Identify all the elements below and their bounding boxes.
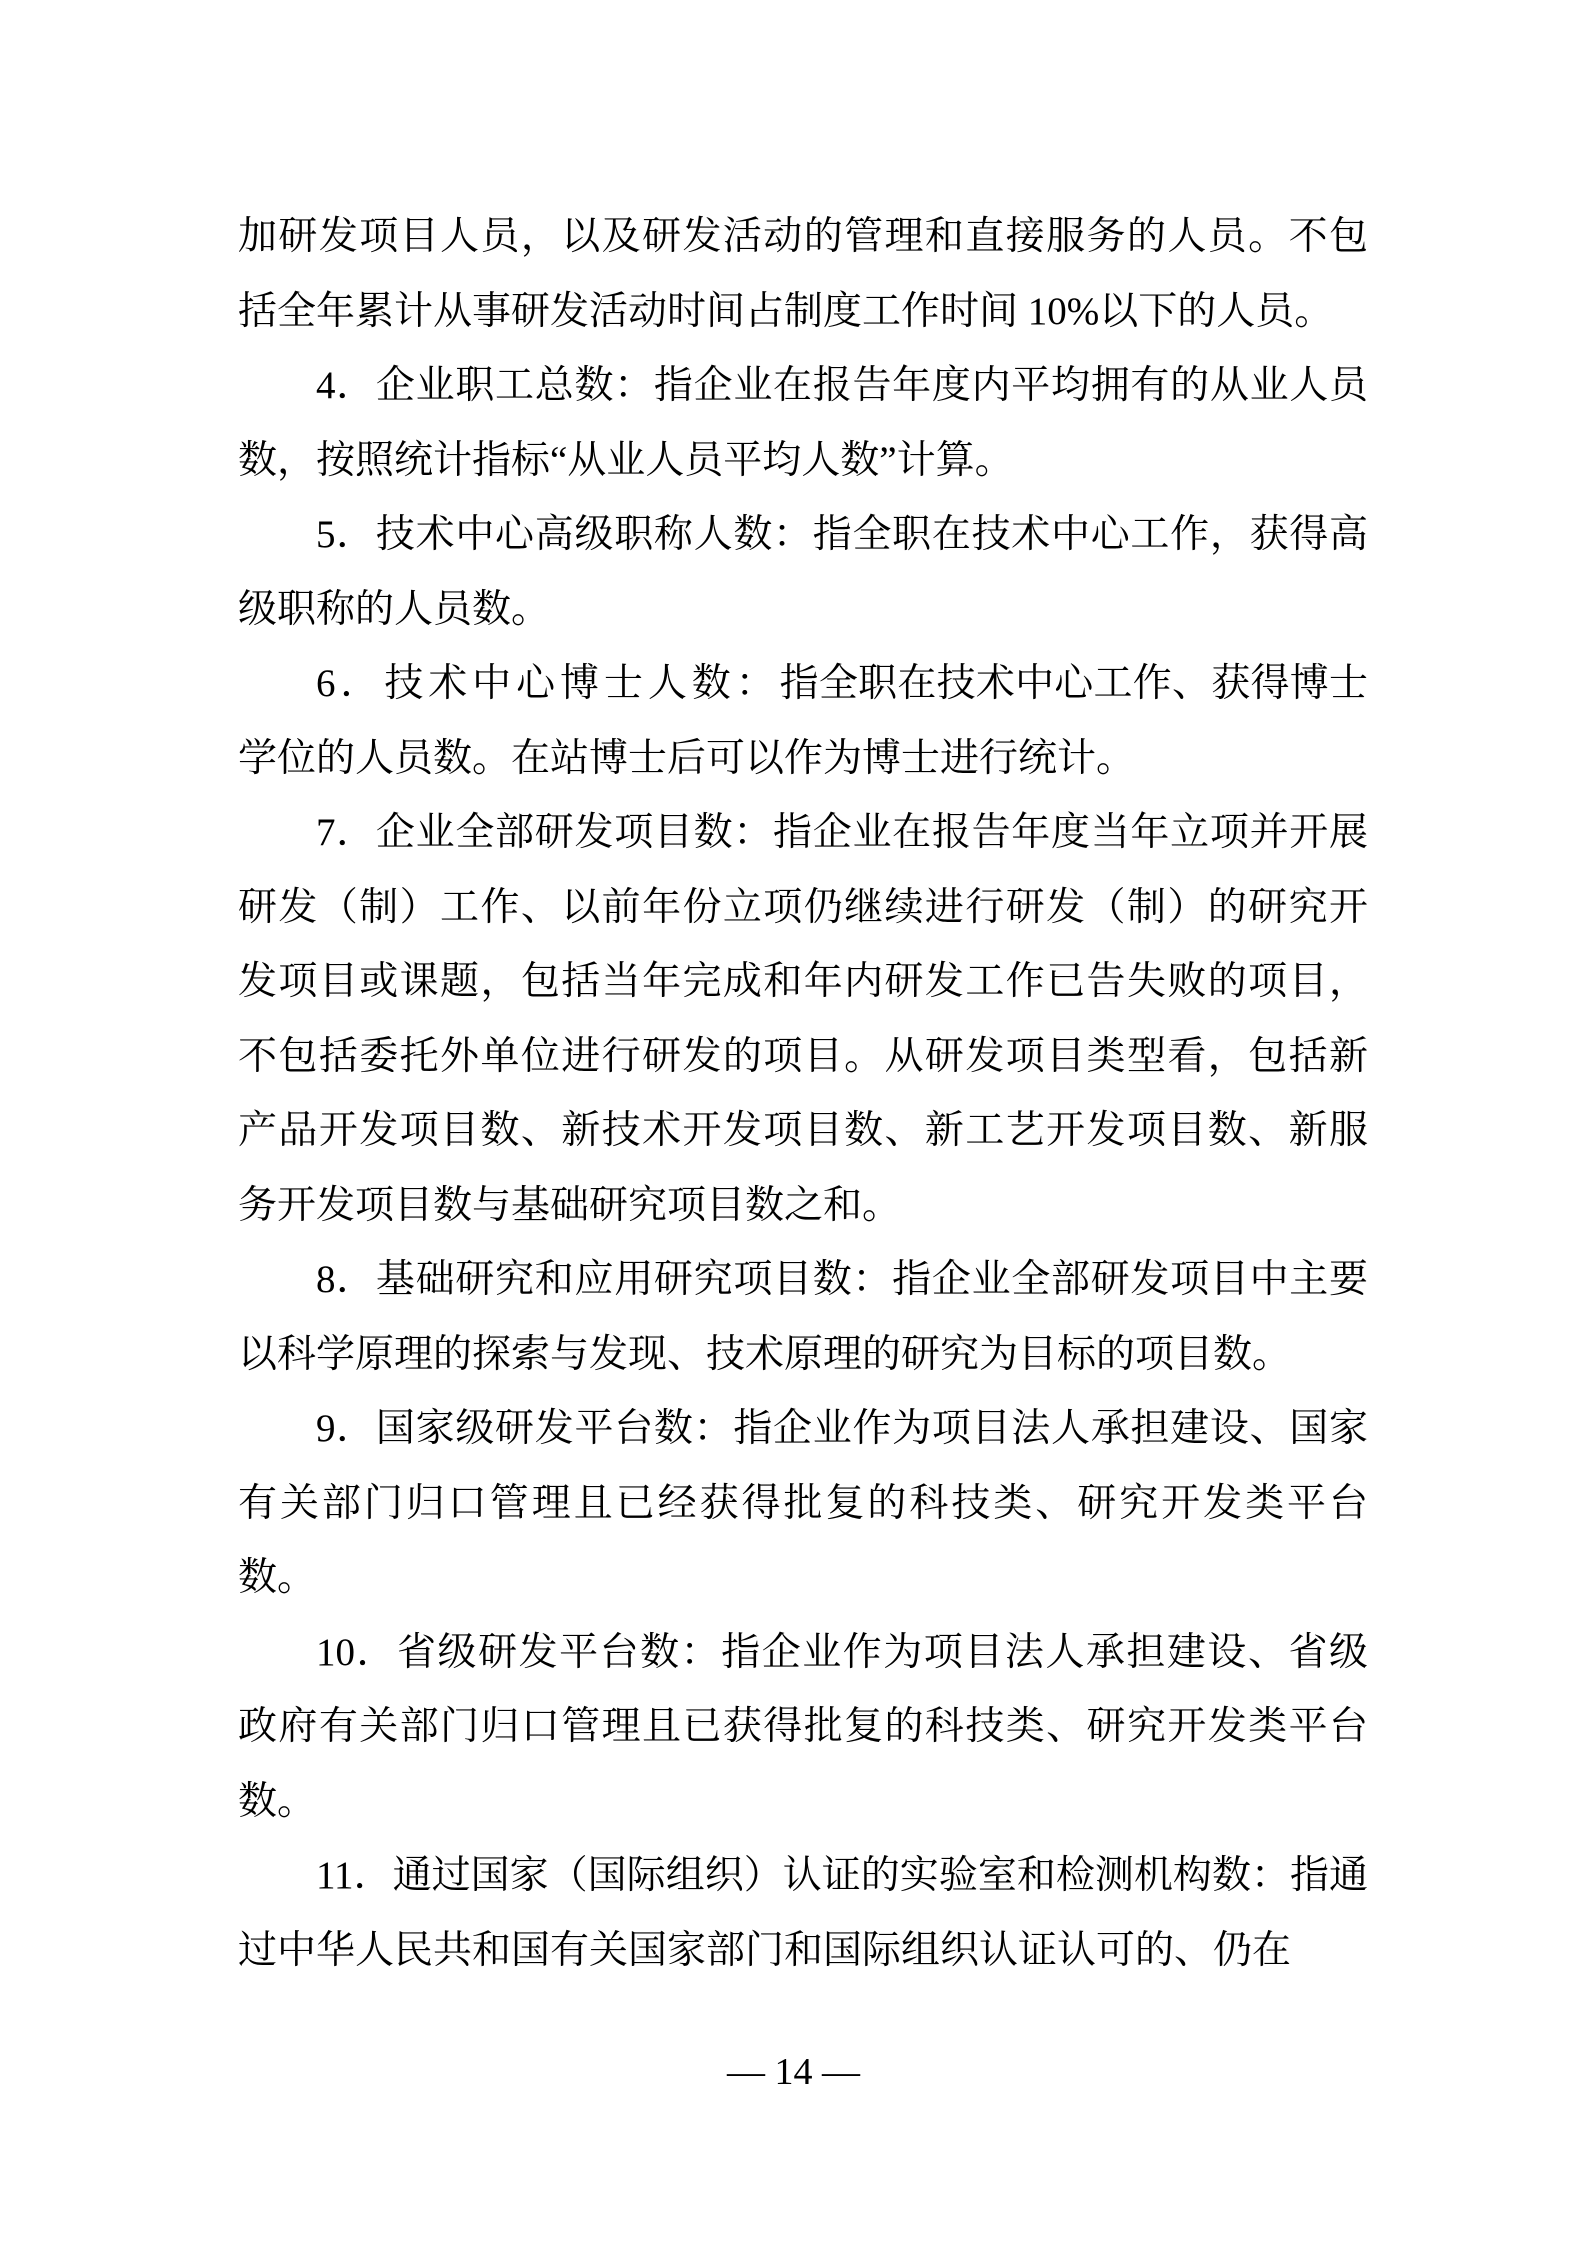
paragraph-text: 加研发项目人员，以及研发活动的管理和直接服务的人员。不包括全年累计从事研发活动时… — [238, 215, 1368, 333]
paragraph-text: 5．技术中心高级职称人数：指全职在技术中心工作，获得高级职称的人员数。 — [238, 513, 1368, 631]
paragraph-item-6: 6．技术中心博士人数：指全职在技术中心工作、获得博士学位的人员数。在站博士后可以… — [238, 647, 1368, 796]
paragraph-text: 7．企业全部研发项目数：指企业在报告年度当年立项并开展研发（制）工作、以前年份立… — [238, 811, 1368, 1227]
page-number: — 14 — — [727, 2051, 860, 2093]
paragraph-text: 10．省级研发平台数：指企业作为项目法人承担建设、省级政府有关部门归口管理且已获… — [238, 1631, 1368, 1823]
paragraph-item-7: 7．企业全部研发项目数：指企业在报告年度当年立项并开展研发（制）工作、以前年份立… — [238, 796, 1368, 1243]
paragraph-text: 8．基础研究和应用研究项目数：指企业全部研发项目中主要以科学原理的探索与发现、技… — [238, 1258, 1368, 1376]
paragraph-item-10: 10．省级研发平台数：指企业作为项目法人承担建设、省级政府有关部门归口管理且已获… — [238, 1616, 1368, 1840]
page-footer: — 14 — — [0, 2042, 1587, 2102]
paragraph-text: 4．企业职工总数：指企业在报告年度内平均拥有的从业人员数，按照统计指标“从业人员… — [238, 364, 1368, 482]
paragraph-term-kai: 6．技术中心博士人数： — [316, 662, 780, 705]
paragraph-item-5: 5．技术中心高级职称人数：指全职在技术中心工作，获得高级职称的人员数。 — [238, 498, 1368, 647]
paragraph-text: 11．通过国家（国际组织）认证的实验室和检测机构数：指通过中华人民共和国有关国家… — [238, 1854, 1368, 1972]
paragraph-item-4: 4．企业职工总数：指企业在报告年度内平均拥有的从业人员数，按照统计指标“从业人员… — [238, 349, 1368, 498]
paragraph-continuation: 加研发项目人员，以及研发活动的管理和直接服务的人员。不包括全年累计从事研发活动时… — [238, 200, 1368, 349]
paragraph-item-8: 8．基础研究和应用研究项目数：指企业全部研发项目中主要以科学原理的探索与发现、技… — [238, 1243, 1368, 1392]
paragraph-item-9: 9．国家级研发平台数：指企业作为项目法人承担建设、国家有关部门归口管理且已经获得… — [238, 1392, 1368, 1616]
paragraph-item-11: 11．通过国家（国际组织）认证的实验室和检测机构数：指通过中华人民共和国有关国家… — [238, 1839, 1368, 1988]
paragraph-text: 9．国家级研发平台数：指企业作为项目法人承担建设、国家有关部门归口管理且已经获得… — [238, 1407, 1368, 1599]
text-block: 加研发项目人员，以及研发活动的管理和直接服务的人员。不包括全年累计从事研发活动时… — [238, 200, 1368, 1988]
document-page: 加研发项目人员，以及研发活动的管理和直接服务的人员。不包括全年累计从事研发活动时… — [0, 0, 1587, 2245]
